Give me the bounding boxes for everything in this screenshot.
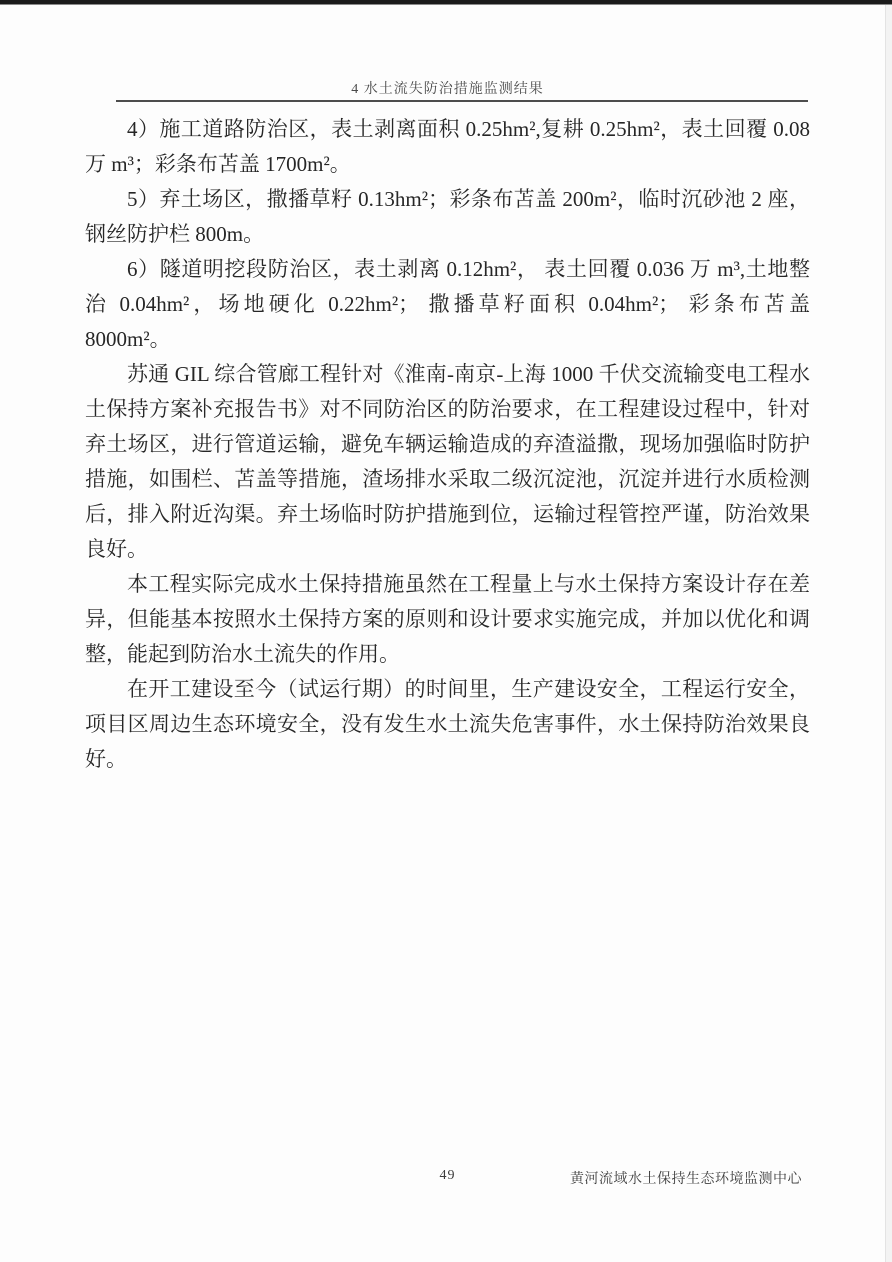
document-page: 4 水土流失防治措施监测结果 4）施工道路防治区，表土剥离面积 0.25hm²,… xyxy=(0,0,892,1262)
document-body: 4）施工道路防治区，表土剥离面积 0.25hm²,复耕 0.25hm²，表土回覆… xyxy=(85,112,810,777)
body-paragraph: 5）弃土场区，撒播草籽 0.13hm²；彩条布苫盖 200m²，临时沉砂池 2 … xyxy=(85,182,810,252)
body-paragraph: 4）施工道路防治区，表土剥离面积 0.25hm²,复耕 0.25hm²，表土回覆… xyxy=(85,112,810,182)
body-paragraph: 在开工建设至今（试运行期）的时间里，生产建设安全，工程运行安全，项目区周边生态环… xyxy=(85,672,810,777)
page-header-title: 4 水土流失防治措施监测结果 xyxy=(85,78,810,98)
footer-organization: 黄河流域水土保持生态环境监测中心 xyxy=(570,1168,802,1188)
page-footer: 49 黄河流域水土保持生态环境监测中心 xyxy=(85,1164,810,1192)
body-paragraph: 苏通 GIL 综合管廊工程针对《淮南-南京-上海 1000 千伏交流输变电工程水… xyxy=(85,357,810,567)
body-paragraph: 本工程实际完成水土保持措施虽然在工程量上与水土保持方案设计存在差异，但能基本按照… xyxy=(85,567,810,672)
header-rule xyxy=(116,100,808,102)
scan-right-edge-shade xyxy=(885,5,892,1262)
scan-top-edge-bar xyxy=(0,0,892,5)
page-number: 49 xyxy=(440,1168,456,1184)
body-paragraph: 6）隧道明挖段防治区，表土剥离 0.12hm²， 表土回覆 0.036 万 m³… xyxy=(85,252,810,357)
